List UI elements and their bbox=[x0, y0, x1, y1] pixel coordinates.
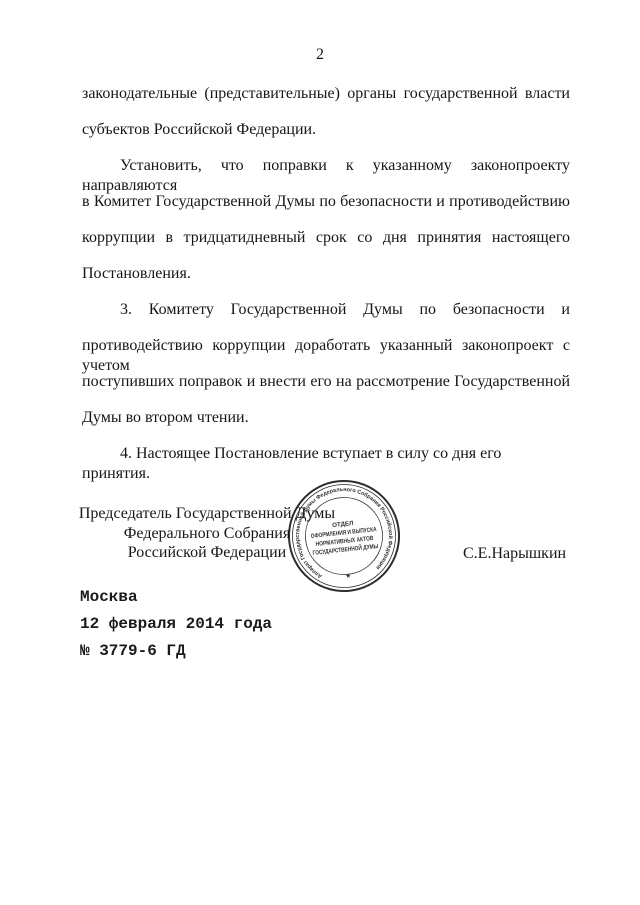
document-body: законодательные (представительные) орган… bbox=[82, 84, 570, 480]
signer-name: С.Е.Нарышкин bbox=[463, 545, 566, 563]
body-line: Постановления. bbox=[82, 264, 570, 300]
body-line: противодействию коррупции доработать ука… bbox=[82, 336, 570, 372]
body-line: Думы во втором чтении. bbox=[82, 408, 570, 444]
footer-city: Москва bbox=[80, 584, 272, 611]
stamp-star-icon: ★ bbox=[345, 571, 352, 580]
body-line: коррупции в тридцатидневный срок со дня … bbox=[82, 228, 570, 264]
footer-block: Москва 12 февраля 2014 года № 3779-6 ГД bbox=[80, 584, 272, 665]
body-line: законодательные (представительные) орган… bbox=[82, 84, 570, 120]
signature-title-line: Председатель Государственной Думы bbox=[74, 504, 340, 524]
body-line: субъектов Российской Федерации. bbox=[82, 120, 570, 156]
footer-doc-number: № 3779-6 ГД bbox=[80, 638, 272, 665]
signature-title-line: Федерального Собрания bbox=[74, 524, 340, 544]
page-number: 2 bbox=[0, 46, 640, 64]
body-line: поступивших поправок и внести его на рас… bbox=[82, 372, 570, 408]
signature-title-line: Российской Федерации bbox=[74, 543, 340, 563]
body-line: 4. Настоящее Постановление вступает в си… bbox=[82, 444, 570, 480]
body-line: Установить, что поправки к указанному за… bbox=[82, 156, 570, 192]
body-line: в Комитет Государственной Думы по безопа… bbox=[82, 192, 570, 228]
footer-date: 12 февраля 2014 года bbox=[80, 611, 272, 638]
signature-title-block: Председатель Государственной Думы Федера… bbox=[74, 504, 340, 563]
document-page: 2 законодательные (представительные) орг… bbox=[0, 0, 640, 905]
body-line: 3. Комитету Государственной Думы по безо… bbox=[82, 300, 570, 336]
